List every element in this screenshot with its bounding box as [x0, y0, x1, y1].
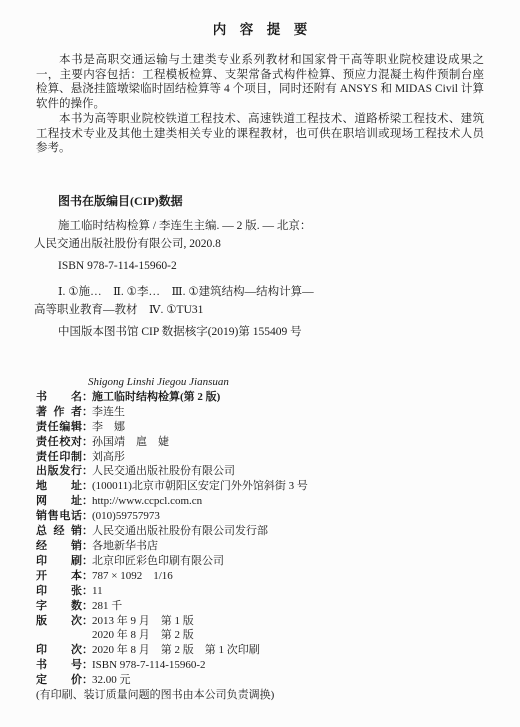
colophon-colon: ：	[82, 599, 92, 614]
colophon-value: 李连生	[92, 406, 125, 418]
colophon-value: 人民交通出版社股份有限公司	[92, 465, 235, 477]
cip-record-line: 中国版本图书馆 CIP 数据核字(2019)第 155409 号	[34, 323, 486, 341]
colophon-colon: ：	[82, 569, 92, 584]
colophon-label: 出版发行	[36, 464, 82, 479]
colophon-label: 销售电话	[36, 509, 82, 524]
colophon-label: 责任编辑	[36, 420, 82, 435]
colophon-row-impression: 印次：2020 年 8 月 第 2 版 第 1 次印刷	[36, 643, 484, 658]
colophon-value: 2013 年 9 月 第 1 版	[92, 615, 194, 627]
colophon-label: 经销	[36, 539, 82, 554]
colophon-label: 定价	[36, 673, 82, 688]
cip-classification-line-2: 高等职业教育—教材 Ⅳ. ①TU31	[34, 301, 486, 319]
copyright-page: 内 容 提 要 本书是高职交通运输与土建类专业系列教材和国家骨干高等职业院校建设…	[0, 0, 520, 727]
colophon-row-author: 著作者：李连生	[36, 405, 484, 420]
colophon-row-price: 定价：32.00 元	[36, 673, 484, 688]
colophon-colon: ：	[82, 643, 92, 658]
book-title-pinyin: Shigong Linshi Jiegou Jiansuan	[88, 375, 484, 390]
colophon-colon: ：	[82, 420, 92, 435]
colophon-row-format: 开本：787 × 1092 1/16	[36, 569, 484, 584]
colophon-colon: ：	[82, 405, 92, 420]
cip-title-line: 施工临时结构检算 / 李连生主编. — 2 版. — 北京：	[34, 217, 486, 235]
colophon-value: 施工临时结构检算(第 2 版)	[92, 391, 220, 403]
colophon-label: 字数	[36, 599, 82, 614]
colophon-row-title: 书名：施工临时结构检算(第 2 版)	[36, 390, 484, 405]
summary-paragraph-1: 本书是高职交通运输与土建类专业系列教材和国家骨干高等职业院校建设成果之一，主要内…	[36, 53, 484, 112]
colophon-value: 2020 年 8 月 第 2 版	[92, 629, 194, 641]
colophon-value: (100011)北京市朝阳区安定门外外馆斜街 3 号	[92, 480, 308, 492]
colophon-colon: ：	[82, 614, 92, 629]
quality-note: (有印刷、装订质量问题的图书由本公司负责调换)	[36, 688, 484, 703]
cip-publisher-line: 人民交通出版社股份有限公司, 2020.8	[34, 235, 486, 253]
cip-heading: 图书在版编目(CIP)数据	[58, 194, 486, 209]
colophon-row-sheets: 印张：11	[36, 584, 484, 599]
colophon-value: http://www.ccpcl.com.cn	[92, 495, 202, 507]
colophon-row-isbn: 书号：ISBN 978-7-114-15960-2	[36, 658, 484, 673]
content-summary-section: 内 容 提 要 本书是高职交通运输与土建类专业系列教材和国家骨干高等职业院校建设…	[0, 22, 520, 156]
colophon-label: 地址	[36, 479, 82, 494]
colophon-colon: ：	[82, 494, 92, 509]
colophon-value: 李 娜	[92, 421, 125, 433]
colophon-row-general-distributor: 总经销：人民交通出版社股份有限公司发行部	[36, 524, 484, 539]
colophon-value: 孙国靖 扈 婕	[92, 436, 169, 448]
cip-classification-line-1: Ⅰ. ①施… Ⅱ. ①李… Ⅲ. ①建筑结构—结构计算—	[34, 283, 486, 301]
colophon-colon: ：	[82, 450, 92, 465]
colophon-colon: ：	[82, 509, 92, 524]
colophon-row-publisher: 出版发行：人民交通出版社股份有限公司	[36, 464, 484, 479]
cip-isbn-line: ISBN 978-7-114-15960-2	[34, 257, 486, 275]
colophon-colon: ：	[82, 673, 92, 688]
colophon-value: 刘高彤	[92, 451, 125, 463]
content-summary-title: 内 容 提 要	[0, 22, 520, 38]
colophon-row-sales-phone: 销售电话：(010)59757973	[36, 509, 484, 524]
colophon-value: 各地新华书店	[92, 540, 158, 552]
colophon-label: 书号	[36, 658, 82, 673]
colophon-row-address: 地址：(100011)北京市朝阳区安定门外外馆斜街 3 号	[36, 479, 484, 494]
colophon-label: 网址	[36, 494, 82, 509]
colophon-value: 32.00 元	[92, 674, 131, 686]
summary-paragraph-2: 本书为高等职业院校铁道工程技术、高速铁道工程技术、道路桥梁工程技术、建筑工程技术…	[36, 112, 484, 156]
colophon-value: 281 千	[92, 600, 122, 612]
colophon-colon: ：	[82, 658, 92, 673]
colophon-colon: ：	[82, 390, 92, 405]
colophon-label: 开本	[36, 569, 82, 584]
colophon-row-editor: 责任编辑：李 娜	[36, 420, 484, 435]
colophon-row-printer: 印刷：北京印匠彩色印刷有限公司	[36, 554, 484, 569]
colophon-label: 总经销	[36, 524, 82, 539]
colophon-value: ISBN 978-7-114-15960-2	[92, 659, 206, 671]
colophon-row-print-supervisor: 责任印制：刘高彤	[36, 450, 484, 465]
colophon-colon: ：	[82, 479, 92, 494]
colophon-colon: ：	[82, 524, 92, 539]
colophon-value: 11	[92, 585, 103, 597]
colophon-row-website: 网址：http://www.ccpcl.com.cn	[36, 494, 484, 509]
colophon-value: 2020 年 8 月 第 2 版 第 1 次印刷	[92, 644, 260, 656]
colophon-colon: ：	[82, 584, 92, 599]
colophon-value: 北京印匠彩色印刷有限公司	[92, 555, 224, 567]
colophon-section: Shigong Linshi Jiegou Jiansuan 书名：施工临时结构…	[36, 375, 484, 703]
colophon-colon: ：	[82, 539, 92, 554]
colophon-row-proofreader: 责任校对：孙国靖 扈 婕	[36, 435, 484, 450]
colophon-value: 人民交通出版社股份有限公司发行部	[92, 525, 268, 537]
colophon-colon: ：	[82, 554, 92, 569]
colophon-value: (010)59757973	[92, 510, 160, 522]
colophon-label: 印次	[36, 643, 82, 658]
colophon-label: 印张	[36, 584, 82, 599]
colophon-label: 版次	[36, 614, 82, 629]
colophon-label: 责任校对	[36, 435, 82, 450]
colophon-label: 著作者	[36, 405, 82, 420]
cip-section: 图书在版编目(CIP)数据 施工临时结构检算 / 李连生主编. — 2 版. —…	[34, 194, 486, 341]
colophon-label: 书名	[36, 390, 82, 405]
colophon-label: 印刷	[36, 554, 82, 569]
colophon-row-edition: 版次：2013 年 9 月 第 1 版	[36, 614, 484, 629]
colophon-colon: ：	[82, 464, 92, 479]
colophon-row-distributor: 经销：各地新华书店	[36, 539, 484, 554]
colophon-colon: ：	[82, 435, 92, 450]
colophon-row-edition-2: ：2020 年 8 月 第 2 版	[36, 628, 484, 643]
colophon-value: 787 × 1092 1/16	[92, 570, 173, 582]
colophon-label: 责任印制	[36, 450, 82, 465]
colophon-row-word-count: 字数：281 千	[36, 599, 484, 614]
